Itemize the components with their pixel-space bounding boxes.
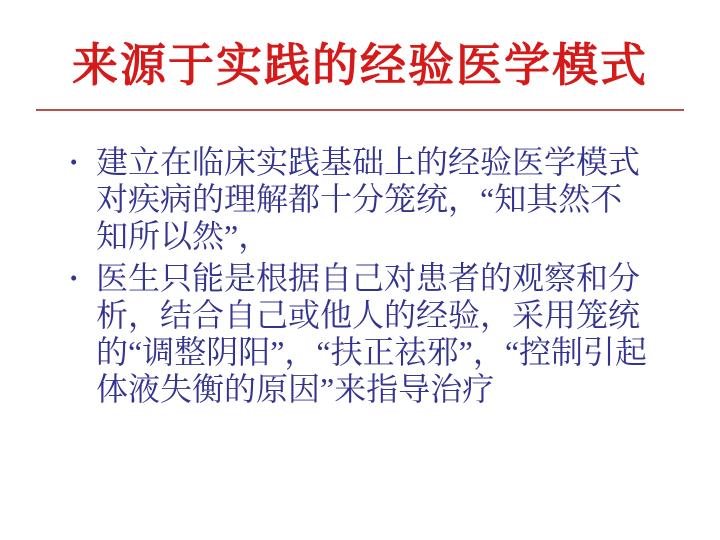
bullet-text: 建立在临床实践基础上的经验医学模式对疾病的理解都十分笼统，“知其然不知所以然”， <box>96 144 648 255</box>
bullet-list: • 建立在临床实践基础上的经验医学模式对疾病的理解都十分笼统，“知其然不知所以然… <box>70 144 654 413</box>
bullet-dot-icon: • <box>70 144 96 181</box>
slide-title: 来源于实践的经验医学模式 <box>0 41 720 91</box>
bullet-text: 医生只能是根据自己对患者的观察和分析，结合自己或他人的经验，采用笼统的“调整阴阳… <box>96 260 648 408</box>
bullet-item: • 建立在临床实践基础上的经验医学模式对疾病的理解都十分笼统，“知其然不知所以然… <box>70 144 654 255</box>
presentation-slide: 来源于实践的经验医学模式 • 建立在临床实践基础上的经验医学模式对疾病的理解都十… <box>0 0 720 540</box>
bullet-item: • 医生只能是根据自己对患者的观察和分析，结合自己或他人的经验，采用笼统的“调整… <box>70 260 654 408</box>
bullet-dot-icon: • <box>70 260 96 297</box>
title-divider-line <box>36 109 684 111</box>
